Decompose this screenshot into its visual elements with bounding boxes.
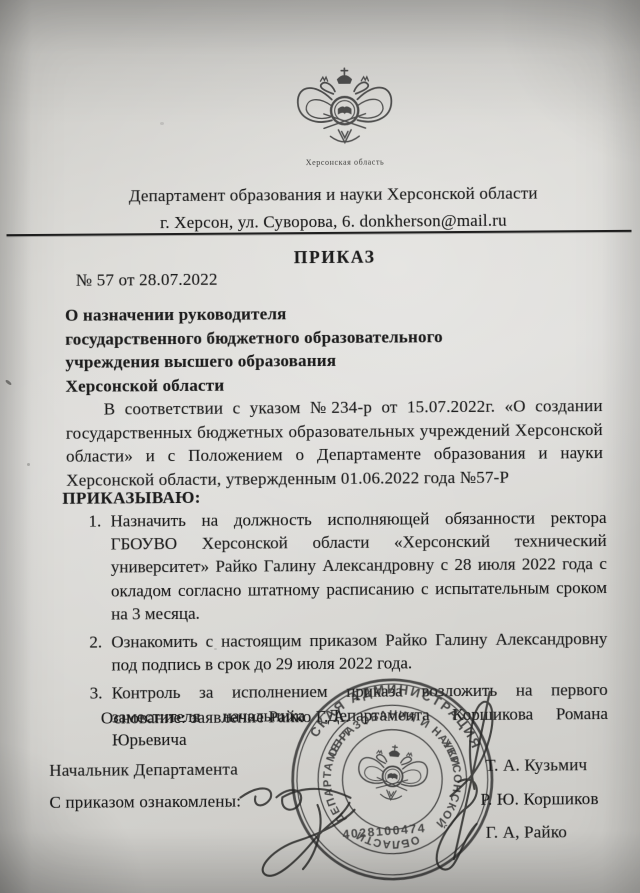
scan-speck bbox=[27, 463, 30, 466]
signature-scribble bbox=[303, 805, 321, 869]
item-text: Назначить на должность исполняющей обяза… bbox=[110, 506, 607, 625]
handwritten-signatures bbox=[221, 653, 543, 893]
scan-speck bbox=[214, 648, 217, 650]
scan-speck bbox=[541, 796, 544, 799]
item-number: 2. bbox=[89, 630, 111, 677]
order-number-date: № 57 от 28.07.2022 bbox=[76, 268, 218, 292]
order-word: ПРИКАЗЫВАЮ: bbox=[62, 486, 201, 510]
scan-speck bbox=[160, 122, 164, 125]
signature-scribble bbox=[262, 803, 355, 876]
signature-scribble bbox=[436, 779, 477, 869]
signature-scribble bbox=[453, 692, 491, 859]
scanned-document-page: Херсонская область Департамент образован… bbox=[0, 0, 640, 893]
document-content: Херсонская область Департамент образован… bbox=[0, 0, 640, 893]
signature-label-ack: С приказом ознакомлены: bbox=[49, 790, 241, 815]
emblem-caption: Херсонская область bbox=[265, 157, 425, 167]
order-subject: О назначении руководителя государственно… bbox=[65, 301, 443, 398]
item-number: 1. bbox=[88, 509, 111, 625]
coat-of-arms-eagle-icon bbox=[288, 63, 401, 156]
scan-speck bbox=[69, 341, 72, 344]
org-name-line: Департамент образования и науки Херсонск… bbox=[13, 181, 640, 209]
list-item: 1. Назначить на должность исполняющей об… bbox=[88, 506, 607, 626]
signature-label-head: Начальник Департамента bbox=[49, 758, 238, 783]
signature-scribble bbox=[240, 788, 350, 810]
order-preamble: В соответствии с указом №234-р от 15.07.… bbox=[66, 394, 604, 492]
document-title: ПРИКАЗ bbox=[15, 244, 640, 272]
